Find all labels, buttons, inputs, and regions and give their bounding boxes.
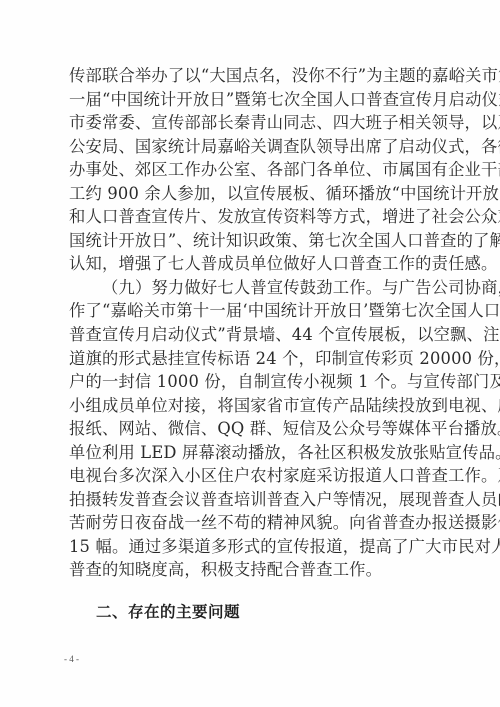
text-line: 认知，增强了七人普成员单位做好人口普查工作的责任感。 [69,252,437,276]
document-page: 传部联合举办了以“大国点名，没你不行”为主题的嘉峪关市第十 一届“中国统计开放日… [0,0,500,707]
page-number: - 4 - [64,654,79,664]
text-line: 电视台多次深入小区住户农村家庭采访报道人口普查工作。及时 [69,464,437,488]
text-line: 户的一封信 1000 份，自制宣传小视频 1 个。与宣传部门及领导 [69,370,437,394]
paragraph-continued: 传部联合举办了以“大国点名，没你不行”为主题的嘉峪关市第十 一届“中国统计开放日… [69,64,437,276]
body-text: 传部联合举办了以“大国点名，没你不行”为主题的嘉峪关市第十 一届“中国统计开放日… [69,64,437,582]
text-line: 工约 900 余人参加，以宣传展板、循环播放“中国统计开放日” [69,182,437,206]
text-line: 单位利用 LED 屏幕滚动播放，各社区积极发放张贴宣传品。联系 [69,441,437,465]
text-line: 道旗的形式悬挂宣传标语 24 个，印制宣传彩页 20000 份，致住 [69,347,437,371]
text-line: 15 幅。通过多渠道多形式的宣传报道，提高了广大市民对人口 [69,535,437,559]
text-line: 苦耐劳日夜奋战一丝不苟的精神风貌。向省普查办报送摄影作品 [69,511,437,535]
text-line: 普查的知晓度高，积极支持配合普查工作。 [69,558,437,582]
text-line: 传部联合举办了以“大国点名，没你不行”为主题的嘉峪关市第十 [69,64,437,88]
text-line: 普查宣传月启动仪式”背景墙、44 个宣传展板，以空飘、注水 [69,323,437,347]
text-line: 拍摄转发普查会议普查培训普查入户等情况，展现普查人员的吃 [69,488,437,512]
text-line: 作了“嘉峪关市第十一届‘中国统计开放日’暨第七次全国人口 [69,299,437,323]
text-line: 和人口普查宣传片、发放宣传资料等方式，增进了社会公众对“中 [69,205,437,229]
section-heading: 二、存在的主要问题 [96,600,240,622]
text-line: 一届“中国统计开放日”暨第七次全国人口普查宣传月启动仪式， [69,88,437,112]
text-line: 市委常委、宣传部部长秦青山同志、四大班子相关领导，以及市 [69,111,437,135]
text-line: 办事处、郊区工作办公室、各部门各单位、市属国有企业干部职 [69,158,437,182]
text-line: 报纸、网站、微信、QQ 群、短信及公众号等媒体平台播放。各 [69,417,437,441]
text-line: 公安局、国家统计局嘉峪关调查队领导出席了启动仪式，各街道 [69,135,437,159]
text-line: （九）努力做好七人普宣传鼓劲工作。与广告公司协商，制 [69,276,437,300]
text-line: 小组成员单位对接，将国家省市宣传产品陆续投放到电视、广播、 [69,394,437,418]
text-line: 国统计开放日”、统计知识政策、第七次全国人口普查的了解和 [69,229,437,253]
paragraph-nine: （九）努力做好七人普宣传鼓劲工作。与广告公司协商，制 作了“嘉峪关市第十一届‘中… [69,276,437,582]
